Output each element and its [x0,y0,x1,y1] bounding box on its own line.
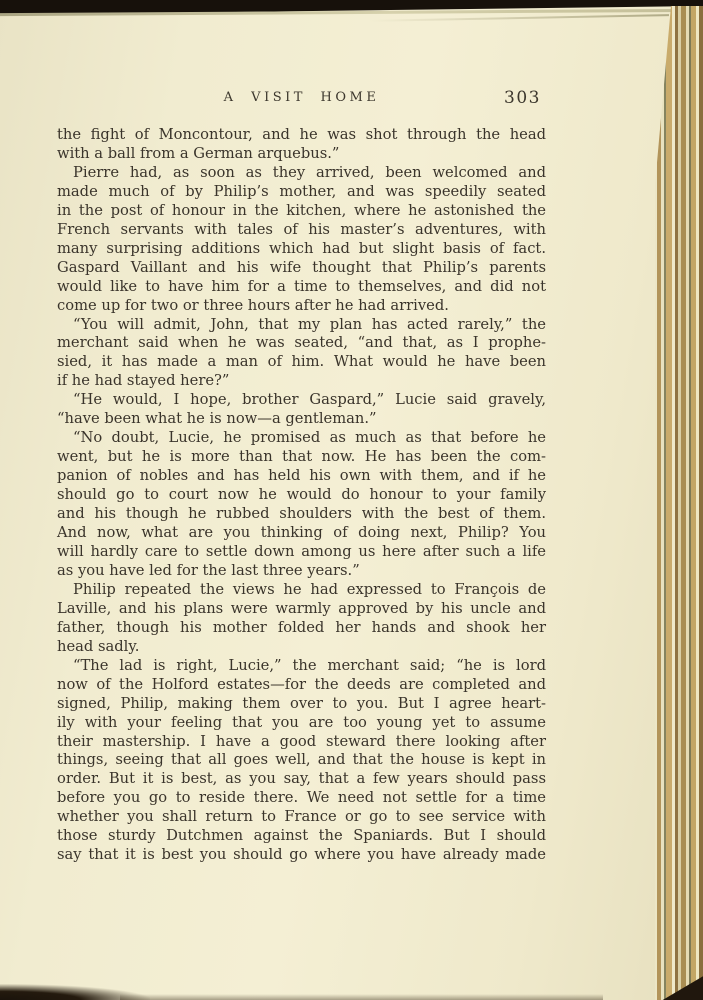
text-line: should go to court now he would do honou… [57,486,546,505]
text-line: if he had stayed here?” [57,372,546,391]
paragraph: “No doubt, Lucie, he promised as much as… [57,429,546,581]
text-line: merchant said when he was seated, “and t… [57,334,546,353]
bottom-edge-shade [120,994,603,1000]
text-line: order. But it is best, as you say, that … [57,770,546,789]
text-line: And now, what are you thinking of doing … [57,524,546,543]
text-line: French servants with tales of his master… [57,221,546,240]
text-line: Pierre had, as soon as they arrived, bee… [57,164,546,183]
text-line: “have been what he is now—a gentleman.” [57,410,546,429]
text-line: Laville, and his plans were warmly appro… [57,600,546,619]
text-line: sied, it has made a man of him. What wou… [57,353,546,372]
paragraph: “You will admit, John, that my plan has … [57,316,546,392]
text-block: the fight of Moncontour, and he was shot… [57,126,546,865]
text-line: “You will admit, John, that my plan has … [57,316,546,335]
paragraph: Pierre had, as soon as they arrived, bee… [57,164,546,316]
book-scan: A VISIT HOME 303 the fight of Moncontour… [0,0,703,1000]
text-line: in the post of honour in the kitchen, wh… [57,202,546,221]
text-line: their mastership. I have a good steward … [57,733,546,752]
text-line: and his though he rubbed shoulders with … [57,505,546,524]
text-line: with a ball from a German arquebus.” [57,145,546,164]
text-line: “He would, I hope, brother Gaspard,” Luc… [57,391,546,410]
page-header: A VISIT HOME 303 [57,90,546,110]
paragraph: “The lad is right, Lucie,” the merchant … [57,657,546,865]
stacked-page-edges [655,6,703,1000]
text-line: head sadly. [57,638,546,657]
text-line: made much of by Philip’s mother, and was… [57,183,546,202]
text-line: father, though his mother folded her han… [57,619,546,638]
text-line: say that it is best you should go where … [57,846,546,865]
text-line: as you have led for the last three years… [57,562,546,581]
text-line: went, but he is more than that now. He h… [57,448,546,467]
text-line: whether you shall return to France or go… [57,808,546,827]
text-line: those sturdy Dutchmen against the Spania… [57,827,546,846]
text-line: come up for two or three hours after he … [57,297,546,316]
text-line: Philip repeated the views he had express… [57,581,546,600]
page-number: 303 [504,88,541,108]
text-line: “The lad is right, Lucie,” the merchant … [57,657,546,676]
running-title: A VISIT HOME [57,90,546,105]
text-line: before you go to reside there. We need n… [57,789,546,808]
text-line: signed, Philip, making them over to you.… [57,695,546,714]
text-line: will hardly care to settle down among us… [57,543,546,562]
text-line: panion of nobles and has held his own wi… [57,467,546,486]
text-line: would like to have him for a time to the… [57,278,546,297]
text-line: “No doubt, Lucie, he promised as much as… [57,429,546,448]
paragraph: “He would, I hope, brother Gaspard,” Luc… [57,391,546,429]
text-line: many surprising additions which had but … [57,240,546,259]
text-line: the fight of Moncontour, and he was shot… [57,126,546,145]
text-line: now of the Holford estates—for the deeds… [57,676,546,695]
text-line: Gaspard Vaillant and his wife thought th… [57,259,546,278]
text-line: ily with your feeling that you are too y… [57,714,546,733]
text-line: things, seeing that all goes well, and t… [57,751,546,770]
paragraph: Philip repeated the views he had express… [57,581,546,657]
paragraph: the fight of Moncontour, and he was shot… [57,126,546,164]
